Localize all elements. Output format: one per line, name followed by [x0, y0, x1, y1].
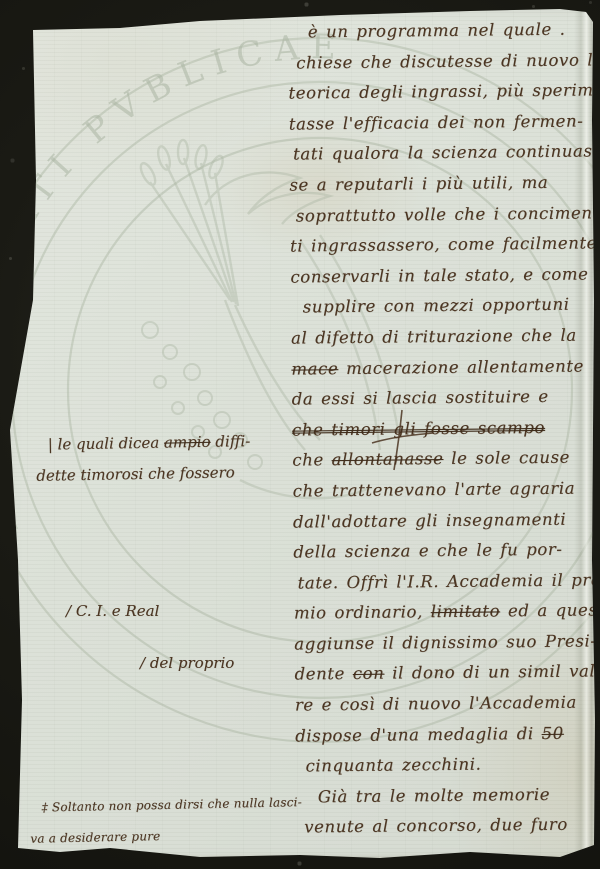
handwritten-text: il dono di un simil valo-	[384, 662, 600, 683]
manuscript-line: teorica degli ingrassi, più sperimen-	[288, 76, 588, 110]
handwritten-text: ti ingrassassero, come facilmente	[290, 234, 597, 256]
handwritten-text: tasse l'efficacia dei non fermen-	[289, 111, 584, 133]
handwritten-text: dall'adottare gli insegnamenti	[293, 509, 566, 531]
handwritten-text: è un programma nel quale .	[308, 20, 566, 42]
handwritten-text: / C. I. e Real	[66, 602, 159, 620]
handwritten-text: | le quali dicea	[48, 434, 165, 454]
handwritten-text: re e così di nuovo l'Accademia	[295, 693, 577, 715]
handwritten-text: cinquanta zecchini.	[305, 755, 481, 776]
manuscript-line: mio ordinario, limitato ed a questo	[294, 596, 594, 630]
margin-note-1: | le quali dicea ampio diffi-dette timor…	[27, 426, 251, 491]
manuscript-line: tasse l'efficacia dei non fermen-	[289, 106, 589, 140]
manuscript-text-block: è un programma nel quale .chiese che dis…	[288, 14, 597, 843]
handwritten-text: mio ordinario,	[294, 602, 431, 622]
handwritten-text: conservarli in tale stato, e come	[290, 264, 588, 286]
margin-note-4: ‡ Soltanto non possa dirsi che nulla las…	[21, 787, 302, 854]
manuscript-line: tati qualora la scienza continuas-	[293, 137, 589, 171]
manuscript-line: che trattenevano l'arte agraria	[292, 473, 592, 507]
manuscript-line: ‡ Soltanto non possa dirsi che nulla las…	[41, 787, 302, 823]
manuscript-line: al difetto di triturazione che la	[291, 320, 591, 354]
paper-sheet: PROSPERITATI PVBLICAE è un programma nel…	[0, 0, 600, 869]
handwritten-text: chiese che discutesse di nuovo la	[296, 50, 600, 72]
handwritten-text: se a reputarli i più utili, ma	[289, 173, 548, 195]
manuscript-line: va a desiderare pure	[30, 818, 303, 854]
manuscript-line: cinquanta zecchini.	[305, 749, 595, 783]
manuscript-line: / del proprio	[140, 648, 234, 679]
manuscript-line: dispose d'una medaglia di 50	[295, 718, 595, 752]
manuscript-line: se a reputarli i più utili, ma	[289, 167, 589, 201]
struck-text: allontanasse	[331, 449, 443, 469]
handwritten-text: al difetto di triturazione che la	[291, 326, 577, 348]
struck-text: 50	[541, 723, 563, 742]
manuscript-line: conservarli in tale stato, e come	[290, 259, 590, 293]
handwritten-text: diffi-	[210, 432, 250, 451]
manuscript-line: dente con il dono di un simil valo-	[294, 657, 594, 691]
manuscript-line: chiese che discutesse di nuovo la	[296, 45, 588, 79]
struck-text: che timori gli fosse scampo	[292, 418, 545, 440]
handwritten-text: dette timorosi che fossero	[36, 463, 235, 484]
handwritten-text: aggiunse il dignissimo suo Presi-	[294, 631, 596, 653]
handwritten-text: / del proprio	[140, 654, 234, 672]
manuscript-line: | le quali dicea ampio diffi-	[47, 426, 250, 460]
handwritten-text: supplire con mezzi opportuni	[303, 295, 570, 317]
struck-text: con	[353, 664, 385, 683]
manuscript-line: dall'adottare gli insegnamenti	[293, 504, 593, 538]
scanned-page: PROSPERITATI PVBLICAE è un programma nel…	[0, 0, 600, 869]
manuscript-line: Già tra le molte memorie	[318, 779, 596, 813]
struck-text: limitato	[431, 602, 501, 622]
handwritten-text: dispose d'una medaglia di	[295, 724, 542, 746]
manuscript-line: soprattutto volle che i concimen-	[296, 198, 590, 232]
handwritten-text: venute al concorso, due furo	[304, 815, 568, 837]
manuscript-line: / C. I. e Real	[66, 596, 159, 627]
handwritten-text: dente	[294, 664, 352, 684]
margin-note-2: / C. I. e Real	[46, 596, 159, 627]
handwritten-text: della scienza e che le fu por-	[293, 540, 562, 562]
manuscript-line: venute al concorso, due furo	[304, 810, 596, 844]
handwritten-text: va a desiderare pure	[30, 829, 160, 846]
manuscript-line: mace macerazione allentamente	[291, 351, 591, 385]
manuscript-line: dette timorosi che fossero	[36, 457, 251, 491]
handwritten-text: soprattutto volle che i concimen-	[296, 203, 599, 225]
scan-dust-specks	[0, 0, 1, 1]
handwritten-text: teorica degli ingrassi, più sperimen-	[288, 80, 600, 102]
handwritten-text: tati qualora la scienza continuas-	[293, 142, 599, 164]
manuscript-line: che allontanasse le sole cause	[292, 443, 592, 477]
manuscript-line: supplire con mezzi opportuni	[303, 290, 591, 324]
handwritten-text: Già tra le molte memorie	[318, 785, 550, 806]
handwritten-text: da essi si lascia sostituire e	[292, 387, 549, 409]
manuscript-line: che timori gli fosse scampo	[292, 412, 592, 446]
handwritten-text: tate. Offrì l'I.R. Accademia il pre-	[298, 570, 600, 592]
margin-note-3: / del proprio	[120, 648, 234, 679]
handwritten-text: le sole cause	[443, 448, 570, 468]
manuscript-line: tate. Offrì l'I.R. Accademia il pre-	[297, 565, 593, 599]
handwritten-text: che trattenevano l'arte agraria	[293, 479, 576, 501]
struck-text: mace	[291, 359, 338, 378]
handwritten-text: che	[292, 450, 331, 469]
handwritten-text: ‡ Soltanto non possa dirsi che nulla las…	[42, 795, 302, 814]
handwritten-text: macerazione allentamente	[338, 356, 584, 378]
handwritten-text: ed a questo	[500, 600, 600, 620]
manuscript-line: aggiunse il dignissimo suo Presi-	[294, 626, 594, 660]
manuscript-line: re e così di nuovo l'Accademia	[295, 687, 595, 721]
manuscript-line: ti ingrassassero, come facilmente	[290, 229, 590, 263]
struck-text: ampio	[164, 433, 211, 452]
manuscript-line: da essi si lascia sostituire e	[292, 382, 592, 416]
manuscript-line: è un programma nel quale .	[308, 14, 588, 48]
manuscript-line: della scienza e che le fu por-	[293, 535, 593, 569]
